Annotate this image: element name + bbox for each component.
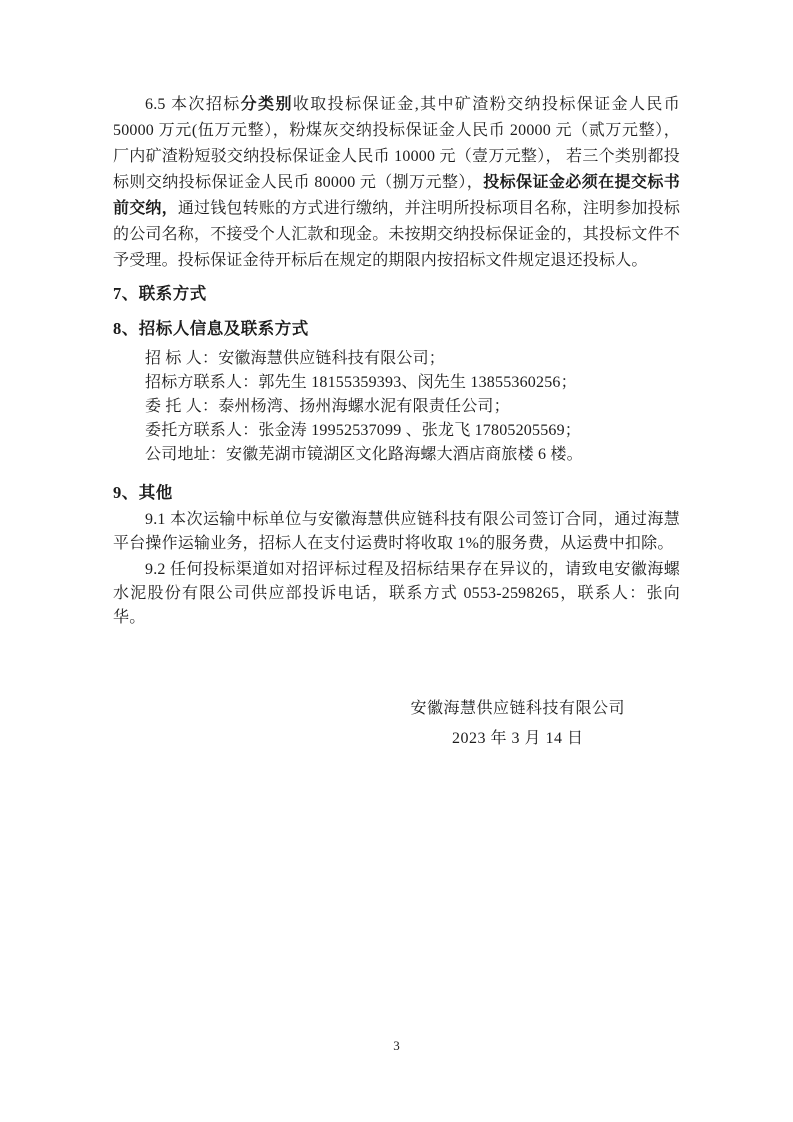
section-9-heading: 9、其他 — [113, 480, 680, 506]
contact-list: 招 标 人：安徽海慧供应链科技有限公司； 招标方联系人：郭先生 18155359… — [113, 347, 680, 467]
paragraph-6-5-text-end: 通过钱包转账的方式进行缴纳，并注明所投标项目名称，注明参加投标的公司名称，不接受… — [113, 200, 680, 269]
paragraph-9-2: 9.2 任何投标渠道如对招评标过程及招标结果存在异议的，请致电安徽海螺水泥股份有… — [113, 558, 680, 630]
paragraph-9-1: 9.1 本次运输中标单位与安徽海慧供应链科技有限公司签订合同，通过海慧平台操作运… — [113, 508, 680, 556]
paragraph-6-5: 6.5 本次招标分类别收取投标保证金,其中矿渣粉交纳投标保证金人民币 50000… — [113, 92, 680, 274]
signature-company: 安徽海慧供应链科技有限公司 — [410, 694, 625, 724]
signature-date: 2023 年 3 月 14 日 — [410, 724, 625, 754]
contact-line-company-address: 公司地址：安徽芜湖市镜湖区文化路海螺大酒店商旅楼 6 楼。 — [145, 443, 680, 467]
contact-line-tenderer: 招 标 人：安徽海慧供应链科技有限公司； — [145, 347, 680, 371]
document-page: 6.5 本次招标分类别收取投标保证金,其中矿渣粉交纳投标保证金人民币 50000… — [0, 0, 793, 1122]
section-7-heading: 7、联系方式 — [113, 281, 680, 307]
section-8-heading: 8、招标人信息及联系方式 — [113, 316, 680, 342]
signature-block: 安徽海慧供应链科技有限公司 2023 年 3 月 14 日 — [410, 694, 625, 754]
contact-line-tenderer-contacts: 招标方联系人：郭先生 18155359393、闵先生 13855360256； — [145, 371, 680, 395]
contact-line-principal: 委 托 人：泰州杨湾、扬州海螺水泥有限责任公司； — [145, 395, 680, 419]
document-content: 6.5 本次招标分类别收取投标保证金,其中矿渣粉交纳投标保证金人民币 50000… — [0, 0, 793, 754]
paragraph-6-5-text-start: 6.5 本次招标 — [145, 96, 241, 113]
paragraph-6-5-bold-category: 分类别 — [241, 96, 293, 113]
contact-line-principal-contacts: 委托方联系人：张金涛 19952537099 、张龙飞 17805205569； — [145, 419, 680, 443]
page-number: 3 — [0, 1038, 793, 1054]
